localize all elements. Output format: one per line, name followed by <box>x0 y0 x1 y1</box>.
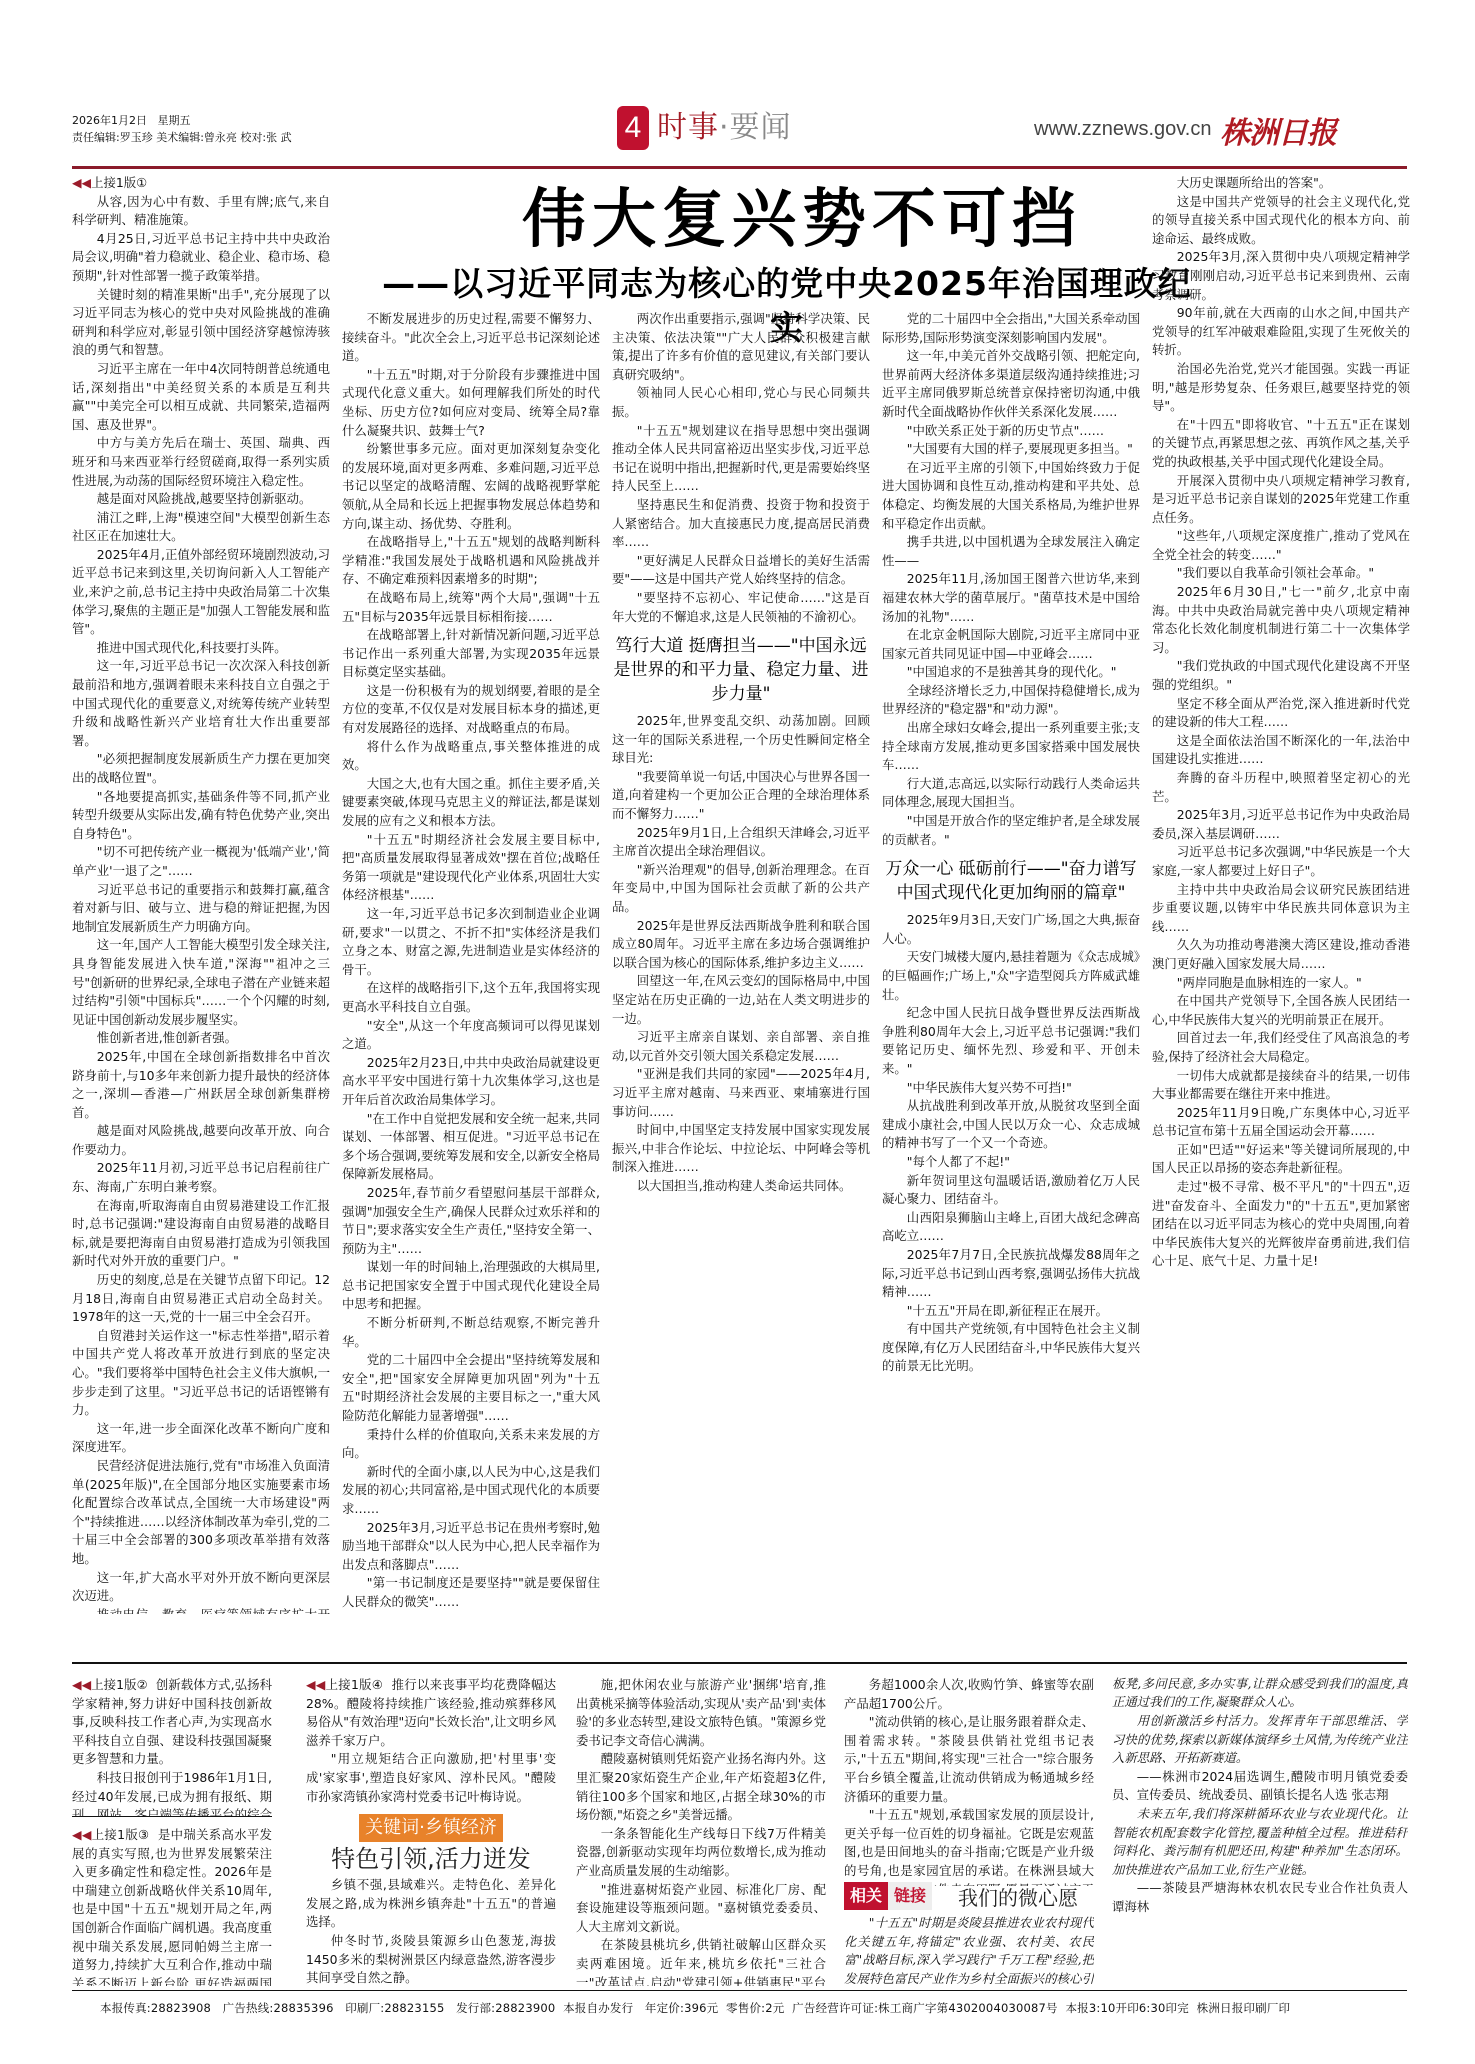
paragraph: 山西阳泉狮脑山主峰上,百团大战纪念碑高高屹立…… <box>882 1209 1140 1246</box>
jump-label: 上接1版③ <box>92 1827 150 1842</box>
paragraph: "十五五"规划,承载国家发展的顶层设计,更关乎每一位百姓的切身福祉。它既是宏观蓝… <box>844 1806 1094 1886</box>
paragraph: "我们要以自我革命引领社会革命。" <box>1152 564 1410 583</box>
paragraph: 有中国共产党统领,有中国特色社会主义制度保障,有亿万人民团结奋斗,中华民族伟大复… <box>882 1320 1140 1376</box>
paragraph: 2025年2月23日,中共中央政治局就建设更高水平平安中国进行第十九次集体学习,… <box>342 1054 600 1110</box>
paragraph: 开展深入贯彻中央八项规定精神学习教育,是习近平总书记亲自谋划的2025年党建工作… <box>1152 472 1410 528</box>
section-heading-4: 万众一心 砥砺前行——"奋力谱写中国式现代化更加绚丽的篇章" <box>882 857 1140 905</box>
paragraph: 2025年3月,习近平总书记作为中央政治局委员,深入基层调研…… <box>1152 806 1410 843</box>
jump-label: 上接1版① <box>91 175 147 190</box>
paragraph: 两次作出重要指示,强调"坚持科学决策、民主决策、依法决策""广大人民群众积极建言… <box>612 310 870 384</box>
imprint-footer: 本报传真:28823908 广告热线:28835396 印刷厂:28823155… <box>100 2000 1340 2016</box>
related-quote-1-start: "十五五"时期是炎陵县推进农业农村现代化关键五年,将锚定"农业强、农村美、农民富… <box>844 1914 1094 1990</box>
paragraph: 奔腾的奋斗历程中,映照着坚定初心的光芒。 <box>1152 769 1410 806</box>
paragraph: 越是面对风险挑战,越要向改革开放、向合作要动力。 <box>72 1122 330 1159</box>
paragraph: 在习近平主席的引领下,中国始终致力于促进大国协调和良性互动,推动构建和平共处、总… <box>882 459 1140 533</box>
paragraph: 在战略指导上,"十五五"规划的战略判断科学精准:"我国发展处于战略机遇和风险挑战… <box>342 533 600 589</box>
paragraph: 大历史课题所给出的答案"。 <box>1152 174 1410 193</box>
feature-column-3: 务超1000余人次,收购竹笋、蜂蜜等农副产品超1700公斤。"流动供销的核心,是… <box>844 1676 1094 1886</box>
paragraph: "中华民族伟大复兴势不可挡!" <box>882 1079 1140 1098</box>
paragraph: 推动电信、教育、医疗等领域有序扩大开放,单方面免签"朋友圈"进一步扩大,复制推广… <box>72 1606 330 1614</box>
paragraph: 主持中共中央政治局会议研究民族团结进步重要议题,以铸牢中华民族共同体意识为主线…… <box>1152 881 1410 937</box>
paragraph: 习近平主席亲自谋划、亲自部署、亲自推动,以元首外交引领大国关系稳定发展…… <box>612 1028 870 1065</box>
paragraph: "十五五"时期经济社会发展主要目标中,把"高质量发展取得显著成效"摆在首位;战略… <box>342 831 600 905</box>
paragraph: 这一年,进一步全面深化改革不断向广度和深度进军。 <box>72 1420 330 1457</box>
paragraph: 在北京金帆国际大剧院,习近平主席同中亚国家元首共同见证中国—中亚峰会…… <box>882 626 1140 663</box>
paragraph: 在这样的战略指引下,这个五年,我国将实现更高水平科技自立自强。 <box>342 979 600 1016</box>
paragraph: "更好满足人民群众日益增长的美好生活需要"——这是中国共产党人始终坚持的信念。 <box>612 552 870 589</box>
jump-block-3: ◀◀上接1版③ 是中瑞关系高水平发展的真实写照,也为世界发展繁荣注入更多确定性和… <box>72 1826 272 1986</box>
paragraph: 越是面对风险挑战,越要坚持创新驱动。 <box>72 490 330 509</box>
paragraph: 施,把休闲农业与旅游产业'捆绑'培育,推出黄桃采摘等体验活动,实现从'卖产品'到… <box>576 1676 826 1750</box>
jump-arrow-icon: ◀◀ <box>72 1827 92 1842</box>
feature-header: 关键词·乡镇经济 特色引领,活力迸发 <box>306 1814 556 1876</box>
jump-arrow-icon: ◀◀ <box>72 175 91 190</box>
paragraph: "十五五"规划建议在指导思想中突出强调推动全体人民共同富裕迈出坚实步伐,习近平总… <box>612 422 870 496</box>
paragraph: 治国必先治党,党兴才能国强。实践一再证明,"越是形势复杂、任务艰巨,越要坚持党的… <box>1152 360 1410 416</box>
paragraph: "十五五"开局在即,新征程正在展开。 <box>882 1302 1140 1321</box>
paragraph: "中欧关系正处于新的历史节点"…… <box>882 422 1140 441</box>
paragraph: 将什么作为战略重点,事关整体推进的成效。 <box>342 738 600 775</box>
paragraph: 习近平总书记多次强调,"中华民族是一个大家庭,一家人都要过上好日子"。 <box>1152 843 1410 880</box>
paragraph: 不断发展进步的历史过程,需要不懈努力、接续奋斗。"此次全会上,习近平总书记深刻论… <box>342 310 600 366</box>
paragraph: "大国要有大国的样子,要展现更多担当。" <box>882 440 1140 459</box>
paragraph: 2025年11月9日晚,广东奥体中心,习近平总书记宣布第十五届全国运动会开幕…… <box>1152 1104 1410 1141</box>
paragraph: 2025年4月,正值外部经贸环境剧烈波动,习近平总书记来到这里,关切询问新入人工… <box>72 546 330 639</box>
paragraph: 2025年7月7日,全民族抗战爆发88周年之际,习近平总书记到山西考察,强调弘扬… <box>882 1246 1140 1302</box>
article-column-4: 党的二十届四中全会指出,"大国关系牵动国际形势,国际形势演变深刻影响国内发展"。… <box>882 310 1140 1614</box>
paragraph: 在海南,听取海南自由贸易港建设工作汇报时,总书记强调:"建设海南自由贸易港的战略… <box>72 1197 330 1271</box>
paragraph: 新时代的全面小康,以人民为中心,这是我们发展的初心;共同富裕,是中国式现代化的本… <box>342 1463 600 1519</box>
paragraph: 一切伟大成就都是接续奋斗的结果,一切伟大事业都需要在继往开来中推进。 <box>1152 1067 1410 1104</box>
paragraph: 纪念中国人民抗日战争暨世界反法西斯战争胜利80周年大会上,习近平总书记强调:"我… <box>882 1004 1140 1078</box>
paragraph: "流动供销的核心,是让服务跟着群众走、围着需求转。"茶陵县供销社党组书记表示,"… <box>844 1713 1094 1806</box>
paragraph: 携手共进,以中国机遇为全球发展注入确定性—— <box>882 533 1140 570</box>
paragraph: 正如"巴适""好运来"等关键词所展现的,中国人民正以昂扬的姿态奔赴新征程。 <box>1152 1141 1410 1178</box>
section-divider <box>72 1662 1407 1664</box>
paragraph: 走过"极不寻常、极不平凡"的"十四五",迈进"奋发奋斗、全面发力"的"十五五",… <box>1152 1178 1410 1271</box>
paragraph: 4月25日,习近平总书记主持中共中央政治局会议,明确"着力稳就业、稳企业、稳市场… <box>72 230 330 286</box>
paragraph: 天安门城楼大厦内,悬挂着题为《众志成城》的巨幅画作;广场上,"众"字造型阅兵方阵… <box>882 948 1140 1004</box>
site-url-link[interactable]: www.zznews.gov.cn <box>1034 118 1211 141</box>
page-number-badge: 4 <box>617 106 649 150</box>
paragraph: 习近平总书记的重要指示和鼓舞打赢,蕴含着对新与旧、破与立、进与稳的辩证把握,为因… <box>72 881 330 937</box>
section-heading-2: 笃行大道 挺膺担当——"中国永远是世界的和平力量、稳定力量、进步力量" <box>612 634 870 706</box>
jump-block-2: ◀◀上接1版② 创新载体方式,弘扬科学家精神,努力讲好中国科技创新故事,反映科技… <box>72 1676 272 1816</box>
paragraph: 在"十四五"即将收官、"十五五"正在谋划的关键节点,再紧思想之弦、再筑作风之基,… <box>1152 416 1410 472</box>
paragraph: "十五五"时期,对于分阶段有步骤推进中国式现代化意义重大。如何理解我们所处的时代… <box>342 366 600 440</box>
feature-column-2: 施,把休闲农业与旅游产业'捆绑'培育,推出黄桃采摘等体验活动,实现从'卖产品'到… <box>576 1676 826 1986</box>
paragraph: "安全",从这一个年度高频词可以得见谋划之道。 <box>342 1017 600 1054</box>
paragraph: 这是一份积极有为的规划纲要,着眼的是全方位的变革,不仅仅是对发展目标本身的描述,… <box>342 682 600 738</box>
paragraph: 2025年6月30日,"七一"前夕,北京中南海。中共中央政治局就完善中央八项规定… <box>1152 583 1410 657</box>
paragraph: 90年前,就在大西南的山水之间,中国共产党领导的红军冲破艰难险阻,实现了生死攸关… <box>1152 304 1410 360</box>
paragraph: "新兴治理观"的倡导,创新治理理念。在百年变局中,中国为国际社会贡献了新的公共产… <box>612 861 870 917</box>
issue-meta: 2026年1月2日 星期五 责任编辑:罗玉珍 美术编辑:曾永亮 校对:张 武 <box>72 112 292 146</box>
paper-logo: 株洲日报 <box>1220 108 1336 152</box>
paragraph: 浦江之畔,上海"模速空间"大模型创新生态社区正在加速壮大。 <box>72 509 330 546</box>
paragraph: "切不可把传统产业一概视为'低端产业','简单产业'一退了之"…… <box>72 843 330 880</box>
issue-weekday: 星期五 <box>158 114 191 127</box>
paragraph: 在中国共产党领导下,全国各族人民团结一心,中华民族伟大复兴的光明前景正在展开。 <box>1152 992 1410 1029</box>
jump-label: 上接1版② <box>91 1677 148 1692</box>
newspaper-page: 2026年1月2日 星期五 责任编辑:罗玉珍 美术编辑:曾永亮 校对:张 武 4… <box>72 0 1402 2064</box>
paragraph: 大国之大,也有大国之重。抓住主要矛盾,关键要素突破,体现马克思主义的辩证法,都是… <box>342 775 600 831</box>
paragraph: "每个人都了不起!" <box>882 1153 1140 1172</box>
feature-title: 特色引领,活力迸发 <box>306 1842 556 1876</box>
paragraph: 从容,因为心中有数、手里有牌;底气,来自科学研判、精准施策。 <box>72 193 330 230</box>
jump-arrow-icon: ◀◀ <box>72 1677 91 1692</box>
paragraph: 坚定不移全面从严治党,深入推进新时代党的建设新的伟大工程…… <box>1152 695 1410 732</box>
related-quotes-column: "十五五"时期是炎陵县推进农业农村现代化关键五年,将锚定"农业强、农村美、农民富… <box>1112 1676 1408 1988</box>
paragraph: 关键时刻的精准果断"出手",充分展现了以习近平同志为核心的党中央对风险挑战的准确… <box>72 286 330 360</box>
related-title: 我们的微心愿 <box>958 1882 1078 1911</box>
quote-attribution: ——株洲市2024届选调生,醴陵市明月镇党委委员、宣传委员、统战委员、副镇长提名… <box>1112 1768 1408 1805</box>
jump-block-4: ◀◀上接1版④ 推行以来丧事平均花费降幅达28%。醴陵将持续推广该经验,推动殡葬… <box>306 1676 556 1986</box>
paragraph: "亚洲是我们共同的家园"——2025年4月,习近平主席对越南、马来西亚、柬埔寨进… <box>612 1065 870 1121</box>
jump-label: 上接1版④ <box>326 1677 384 1692</box>
paragraph: 党的二十届四中全会指出,"大国关系牵动国际形势,国际形势演变深刻影响国内发展"。 <box>882 310 1140 347</box>
paragraph: 秉持什么样的价值取向,关系未来发展的方向。 <box>342 1426 600 1463</box>
paragraph: 务超1000余人次,收购竹笋、蜂蜜等农副产品超1700公斤。 <box>844 1676 1094 1713</box>
paragraph: "我要简单说一句话,中国决心与世界各国一道,向着建构一个更加公正合理的全球治理体… <box>612 768 870 824</box>
paragraph: "推进嘉树炻瓷产业园、标准化厂房、配套设施建设等瓶颈问题。"嘉树镇党委委员、人大… <box>576 1881 826 1937</box>
article-column-3: 两次作出重要指示,强调"坚持科学决策、民主决策、依法决策""广大人民群众积极建言… <box>612 310 870 1614</box>
paragraph: 不断分析研判,不断总结观察,不断完善升华。 <box>342 1314 600 1351</box>
related-link-header: 相关 链接 我们的微心愿 <box>844 1882 1094 1910</box>
paragraph: 回望这一年,在风云变幻的国际格局中,中国坚定站在历史正确的一边,站在人类文明进步… <box>612 972 870 1028</box>
paragraph: 2025年3月,习近平总书记在贵州考察时,勉励当地干部群众"以人民为中心,把人民… <box>342 1519 600 1575</box>
paragraph: 2025年9月3日,天安门广场,国之大典,振奋人心。 <box>882 911 1140 948</box>
paragraph: 领袖同人民心心相印,党心与民心同频共振。 <box>612 384 870 421</box>
paragraph: 从抗战胜利到改革开放,从脱贫攻坚到全面建成小康社会,中国人民以万众一心、众志成城… <box>882 1097 1140 1153</box>
jump-arrow-icon: ◀◀ <box>306 1677 326 1692</box>
paragraph: "第一书记制度还是要坚持""就是要保留住人民群众的微笑"…… <box>342 1574 600 1611</box>
paragraph: 2025年9月1日,上合组织天津峰会,习近平主席首次提出全球治理倡议。 <box>612 824 870 861</box>
jump-divider <box>72 1816 272 1817</box>
footer-divider <box>72 1990 1407 1991</box>
paragraph: "各地要提高抓实,基础条件等不同,抓产业转型升级要从实际出发,确有特色优势产业,… <box>72 788 330 844</box>
paragraph: 谋划一年的时间轴上,治理强政的大棋局里,总书记把国家安全置于中国式现代化建设全局… <box>342 1258 600 1314</box>
main-headline: 伟大复兴势不可挡 <box>412 182 1192 258</box>
editor-credits: 责任编辑:罗玉珍 美术编辑:曾永亮 校对:张 武 <box>72 129 292 146</box>
paragraph: 民营经济促进法施行,党有"市场准入负面清单(2025年版)",在全国部分地区实施… <box>72 1457 330 1569</box>
paragraph: 以大国担当,推动构建人类命运共同体。 <box>612 1177 870 1196</box>
paragraph: "两岸同胞是血脉相连的一家人。" <box>1152 974 1410 993</box>
paragraph: 2025年11月初,习近平总书记启程前往广东、海南,广东明白兼考察。 <box>72 1159 330 1196</box>
section-title: 时事·要闻 <box>657 108 792 148</box>
paragraph: 这是中国共产党领导的社会主义现代化,党的领导直接关系中国式现代化的根本方向、前途… <box>1152 193 1410 249</box>
paragraph: 这一年,结合在京办、贵州、云南、上海、河南、山西、四川、新疆等地考察时的重要讲话… <box>342 1612 600 1614</box>
paragraph: 这一年,扩大高水平对外开放不断向更深层次迈进。 <box>72 1569 330 1606</box>
paragraph: 出席全球妇女峰会,提出一系列重要主张;支持全球南方发展,推动更多国家搭乘中国发展… <box>882 719 1140 775</box>
paragraph: 2025年,世界变乱交织、动荡加剧。回顾这一年的国际关系进程,一个历史性瞬间定格… <box>612 712 870 768</box>
article-column-5: 大历史课题所给出的答案"。这是中国共产党领导的社会主义现代化,党的领导直接关系中… <box>1152 174 1410 1614</box>
paragraph: 全球经济增长乏力,中国保持稳健增长,成为世界经济的"稳定器"和"动力源"。 <box>882 682 1140 719</box>
paragraph: 党的二十届四中全会提出"坚持统筹发展和安全",把"国家安全屏障更加巩固"列为"十… <box>342 1351 600 1425</box>
paragraph: 自贸港封关运作这一"标志性举措",昭示着中国共产党人将改革开放进行到底的坚定决心… <box>72 1327 330 1420</box>
paragraph: 纷繁世事多元应。面对更加深刻复杂变化的发展环境,面对更多两难、多难问题,习近平总… <box>342 440 600 533</box>
article-column-2: 不断发展进步的历史过程,需要不懈努力、接续奋斗。"此次全会上,习近平总书记深刻论… <box>342 310 600 1614</box>
paragraph: "要坚持不忘初心、牢记使命……"这是百年大党的不懈追求,这是人民领袖的不渝初心。 <box>612 589 870 626</box>
paragraph: 这一年,习近平总书记一次次深入科技创新最前沿和地方,强调着眼未来科技自立自强之于… <box>72 657 330 750</box>
paragraph: 2025年,中国在全球创新指数排名中首次跻身前十,与10多年来创新力提升最快的经… <box>72 1048 330 1122</box>
paragraph: 这一年,中美元首外交战略引领、把舵定向,世界前两大经济体多渠道层级沟通持续推进;… <box>882 347 1140 421</box>
paragraph: "这些年,八项规定深度推广,推动了党风在全党全社会的转变……" <box>1152 527 1410 564</box>
paragraph: 新年贺词里这句温暖话语,激励着亿万人民凝心聚力、团结奋斗。 <box>882 1172 1140 1209</box>
paragraph: "必须把握制度发展新质生产力摆在更加突出的战略位置"。 <box>72 750 330 787</box>
paragraph: 历史的刻度,总是在关键节点留下印记。12月18日,海南自由贸易港正式启动全岛封关… <box>72 1271 330 1327</box>
paragraph: "在工作中自觉把发展和安全统一起来,共同谋划、一体部署、相互促进。"习近平总书记… <box>342 1110 600 1184</box>
paragraph: 推进中国式现代化,科技要打头阵。 <box>72 639 330 658</box>
paragraph: 一条条智能化生产线每日下线7万件精美瓷器,创新驱动实现年均两位数增长,成为推动产… <box>576 1825 826 1881</box>
paragraph: 在战略布局上,统筹"两个大局",强调"十五五"目标与2035年远景目标相衔接…… <box>342 589 600 626</box>
paragraph: 这一年,习近平总书记多次到制造业企业调研,要求"一以贯之、不折不扣"实体经济是我… <box>342 905 600 979</box>
paragraph: "我们党执政的中国式现代化建设离不开坚强的党组织。" <box>1152 657 1410 694</box>
paragraph: "中国是开放合作的坚定维护者,是全球发展的贡献者。" <box>882 812 1140 849</box>
issue-date: 2026年1月2日 <box>72 114 147 127</box>
masthead-divider <box>72 166 1407 169</box>
paragraph: 习近平主席在一年中4次同特朗普总统通电话,深刻指出"中美经贸关系的本质是互利共赢… <box>72 360 330 434</box>
paragraph: 2025年,春节前夕看望慰问基层干部群众,强调"加强安全生产,确保人民群众过欢乐… <box>342 1184 600 1258</box>
paragraph: 这是全面依法治国不断深化的一年,法治中国建设扎实推进…… <box>1152 732 1410 769</box>
keyword-tag: 关键词·乡镇经济 <box>359 1814 503 1842</box>
paragraph: 醴陵嘉树镇则凭炻瓷产业扬名海内外。这里汇聚20家炻瓷生产企业,年产炻瓷超3亿件,… <box>576 1750 826 1824</box>
paragraph: 久久为功推动粤港澳大湾区建设,推动香港澳门更好融入国家发展大局…… <box>1152 936 1410 973</box>
paragraph: 在战略部署上,针对新情况新问题,习近平总书记作出一系列重大部署,为实现2035年… <box>342 626 600 682</box>
link-tag: 链接 <box>888 1882 932 1910</box>
paragraph: 惟创新者进,惟创新者强。 <box>72 1029 330 1048</box>
paragraph: "中国追求的不是独善其身的现代化。" <box>882 663 1140 682</box>
paragraph: 2025年是世界反法西斯战争胜利和联合国成立80周年。习近平主席在多边场合强调维… <box>612 917 870 973</box>
paragraph: 2025年11月,汤加国王图普六世访华,来到福建农林大学的菌草展厅。"菌草技术是… <box>882 570 1140 626</box>
quote-attribution: ——茶陵县严塘海林农机农民专业合作社负责人 谭海林 <box>1112 1879 1408 1916</box>
related-tag: 相关 <box>844 1882 888 1910</box>
paragraph: 在茶陵县桃坑乡,供销社破解山区群众买卖两难困境。近年来,桃坑乡依托"三社合一"改… <box>576 1936 826 1986</box>
paragraph: 中方与美方先后在瑞士、英国、瑞典、西班牙和马来西亚举行经贸磋商,取得一系列实质性… <box>72 434 330 490</box>
paragraph: 坚持惠民生和促消费、投资于物和投资于人紧密结合。加大直接惠民力度,提高居民消费率… <box>612 496 870 552</box>
paragraph: 行大道,志高远,以实际行动践行人类命运共同体理念,展现大国担当。 <box>882 775 1140 812</box>
article-column-1: ◀◀上接1版① 从容,因为心中有数、手里有牌;底气,来自科学研判、精准施策。4月… <box>72 174 330 1614</box>
paragraph: 这一年,国产人工智能大模型引发全球关注,具身智能发展进入快车道,"深海""祖冲之… <box>72 936 330 1029</box>
paragraph: 2025年3月,深入贯彻中央八项规定精神学习教育刚刚启动,习近平总书记来到贵州、… <box>1152 248 1410 304</box>
paragraph: 回首过去一年,我们经受住了风高浪急的考验,保持了经济社会大局稳定。 <box>1152 1029 1410 1066</box>
paragraph: 时间中,中国坚定支持发展中国家实现发展振兴,中非合作论坛、中拉论坛、中阿峰会等机… <box>612 1121 870 1177</box>
